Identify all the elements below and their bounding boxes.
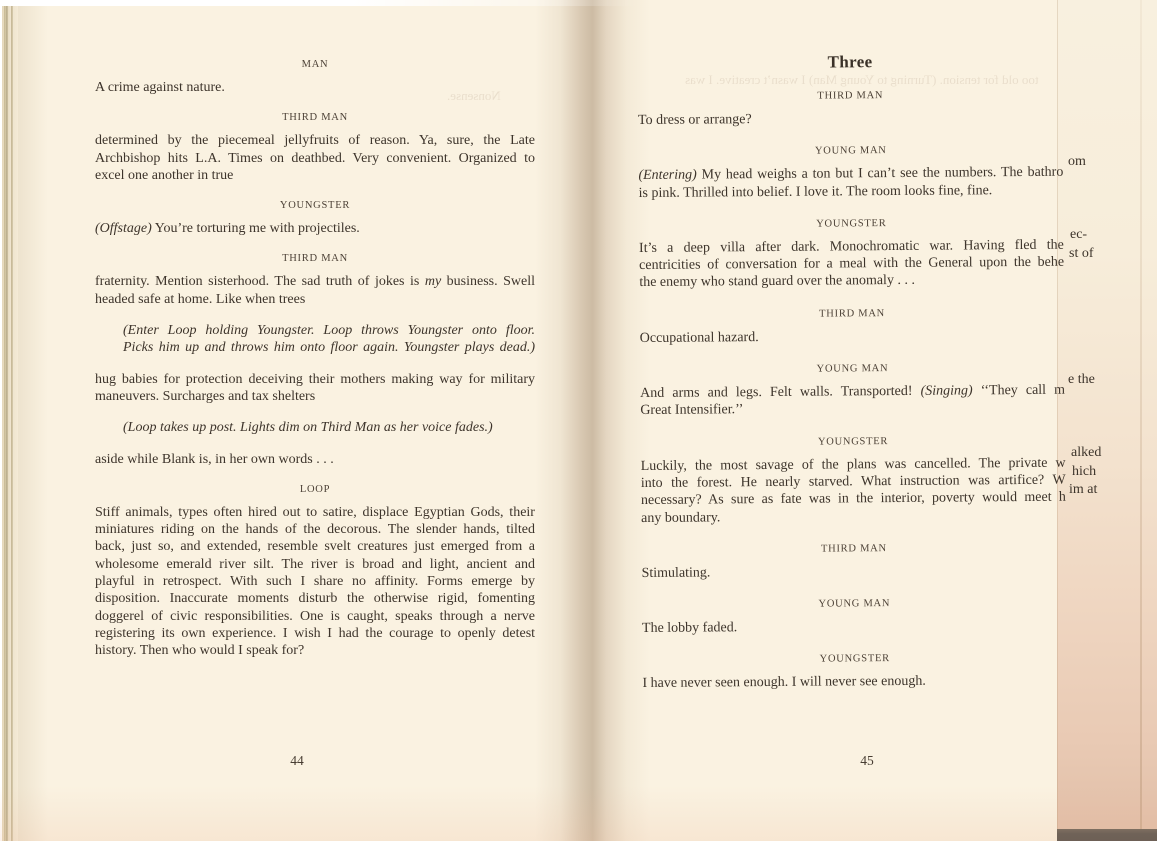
left-page: MANA crime against nature.THIRD MANdeter… [95, 58, 535, 778]
text-line: disposition. Inaccurate moments disturb … [95, 590, 535, 607]
text-line: (Loop takes up post. Lights dim on Third… [123, 419, 535, 436]
text-line: miniatures riding on the hands of the de… [95, 521, 535, 538]
text-line: history. Then who would I speak for? [95, 642, 535, 659]
left-page-text: MANA crime against nature.THIRD MANdeter… [95, 58, 535, 660]
dialogue-paragraph: (Offstage) You’re torturing me with proj… [95, 220, 535, 237]
text-line: Occupational hazard. [640, 326, 1065, 347]
text-line: Archbishop hits L.A. Times on deathbed. … [95, 150, 535, 167]
text-line: wholesome emerald river silt. The river … [95, 556, 535, 573]
page-number-left: 44 [290, 753, 304, 769]
text-line: is pink. Thrilled into belief. I love it… [639, 181, 1064, 202]
bottom-scan-tint [0, 786, 1157, 841]
speaker-label: THIRD MAN [95, 111, 535, 124]
text-line: (Entering) My head weighs a ton but I ca… [638, 164, 1063, 185]
text-line: To dress or arrange? [638, 109, 1063, 130]
dialogue-paragraph: determined by the piecemeal jellyfruits … [95, 132, 535, 184]
dialogue-paragraph: I have never seen enough. I will never s… [642, 672, 1067, 693]
text-line: (Offstage) You’re torturing me with proj… [95, 220, 535, 237]
top-scan-edge [0, 0, 640, 6]
text-line: doggerel of civic responsibilities. One … [95, 608, 535, 625]
page-number-right: 45 [860, 753, 874, 769]
text-line: Stimulating. [642, 562, 1067, 583]
dialogue-paragraph: Stiff animals, types often hired out to … [95, 504, 535, 660]
dialogue-paragraph: A crime against nature. [95, 79, 535, 96]
text-line: Great Intensifier.’’ [640, 399, 1065, 420]
text-line: the enemy who stand guard over the anoma… [639, 271, 1064, 292]
chapter-heading: Three [637, 51, 1062, 74]
text-line: maneuvers. Surcharges and tax shelters [95, 388, 535, 405]
speaker-label: LOOP [95, 483, 535, 496]
text-line: headed safe at home. Like when trees [95, 291, 535, 308]
text-line: excel one another in true [95, 167, 535, 184]
dialogue-paragraph: It’s a deep villa after dark. Monochroma… [639, 237, 1064, 292]
page-curl-text-fragment: hich [1072, 464, 1096, 480]
speaker-label: MAN [95, 58, 535, 71]
dialogue-paragraph: And arms and legs. Felt walls. Transport… [640, 382, 1065, 420]
dialogue-paragraph: Occupational hazard. [640, 326, 1065, 347]
text-line: fraternity. Mention sisterhood. The sad … [95, 273, 535, 290]
dialogue-paragraph: To dress or arrange? [638, 109, 1063, 130]
page-curl-text-fragment: ec- [1070, 227, 1087, 243]
stage-direction: (Enter Loop holding Youngster. Loop thro… [95, 322, 535, 357]
text-line: hug babies for protection deceiving thei… [95, 371, 535, 388]
speaker-label: THIRD MAN [95, 252, 535, 265]
text-line: Stiff animals, types often hired out to … [95, 504, 535, 521]
speaker-label: THIRD MAN [641, 541, 1066, 557]
speaker-label: YOUNG MAN [638, 143, 1063, 159]
right-page-text: ThreeTHIRD MANTo dress or arrange?YOUNG … [637, 51, 1067, 693]
page-edge-stripes [0, 0, 18, 841]
book-gutter-shadow [535, 0, 650, 841]
page-curl-text-fragment: alked [1071, 445, 1101, 461]
page-curl-text-fragment: im at [1069, 482, 1097, 498]
speaker-label: YOUNG MAN [640, 361, 1065, 377]
dialogue-paragraph: Stimulating. [642, 562, 1067, 583]
text-line: A crime against nature. [95, 79, 535, 96]
dialogue-paragraph: fraternity. Mention sisterhood. The sad … [95, 273, 535, 308]
text-line: back, just so, and extended, resemble sv… [95, 538, 535, 555]
speaker-label: YOUNG MAN [642, 596, 1067, 612]
text-line: Picks him up and throws him onto floor a… [123, 339, 535, 356]
text-line: aside while Blank is, in her own words .… [95, 451, 535, 468]
speaker-label: YOUNGSTER [640, 433, 1065, 449]
page-curl-text-fragment: st of [1069, 246, 1094, 262]
text-line: (Enter Loop holding Youngster. Loop thro… [123, 322, 535, 339]
book-scan: MANA crime against nature.THIRD MANdeter… [0, 0, 1157, 841]
page-curl-text-fragment: om [1068, 154, 1086, 170]
text-line: playful in retrospect. With such I share… [95, 573, 535, 590]
dialogue-paragraph: The lobby faded. [642, 617, 1067, 638]
dialogue-paragraph: hug babies for protection deceiving thei… [95, 371, 535, 406]
page-curl-text-fragment: e the [1068, 372, 1095, 388]
dialogue-paragraph: aside while Blank is, in her own words .… [95, 451, 535, 468]
text-line: I have never seen enough. I will never s… [642, 672, 1067, 693]
dialogue-paragraph: Luckily, the most savage of the plans wa… [641, 454, 1067, 527]
speaker-label: YOUNGSTER [642, 651, 1067, 667]
page-curl-crease [1140, 0, 1142, 841]
text-line: registering its own experience. I wish I… [95, 625, 535, 642]
text-line: any boundary. [641, 506, 1066, 527]
text-line: The lobby faded. [642, 617, 1067, 638]
right-page: ThreeTHIRD MANTo dress or arrange?YOUNG … [640, 54, 1110, 794]
dialogue-paragraph: (Entering) My head weighs a ton but I ca… [638, 164, 1063, 202]
stage-direction: (Loop takes up post. Lights dim on Third… [95, 419, 535, 436]
speaker-label: THIRD MAN [638, 88, 1063, 104]
text-line: necessary? As sure as fate was in the in… [641, 489, 1066, 510]
speaker-label: YOUNGSTER [639, 216, 1064, 232]
speaker-label: YOUNGSTER [95, 199, 535, 212]
speaker-label: THIRD MAN [639, 305, 1064, 321]
left-page-shade [18, 0, 48, 841]
text-line: determined by the piecemeal jellyfruits … [95, 132, 535, 149]
